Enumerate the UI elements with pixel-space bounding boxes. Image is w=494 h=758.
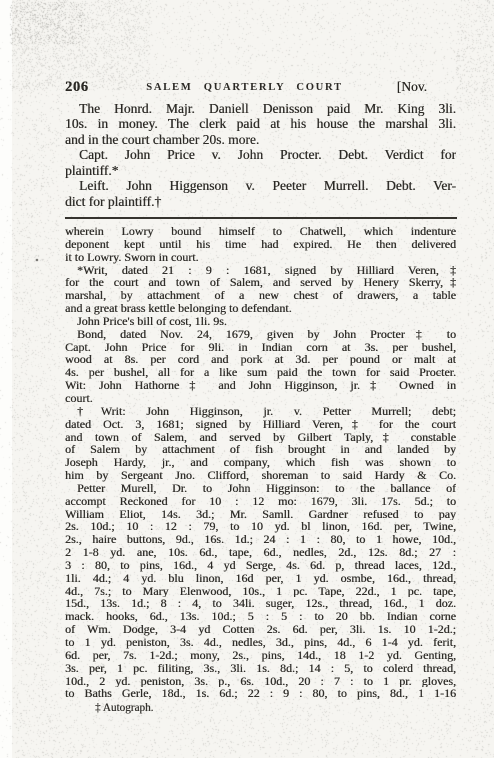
text-line: to Baths Gerle, 18d., 1s. 6d.; 22 : 9 : … [65, 687, 456, 700]
footnote-paragraph: Bond, dated Nov. 24, 1679, given by John… [65, 328, 456, 405]
text-line: of Wm. Dodge, 3-4 yd Cotten 2s. 6d. per,… [65, 623, 456, 636]
text-line: of Salem by attachment of fish brought i… [65, 443, 456, 456]
text-line: 1li. 4d.; 4 yd. blu linon, 16d per, 1 yd… [65, 572, 456, 585]
text-line: 6d. per, 7s. 1-2d.; mony, 2s., pins, 14d… [65, 649, 456, 662]
text-line: wherein Lowry bound himself to Chatwell,… [65, 225, 456, 238]
main-text-block: The Honrd. Majr. Daniell Denisson paid M… [65, 101, 456, 209]
text-line: for the court and town of Salem, and ser… [65, 276, 456, 289]
text-line: marshal, by attachment of a new chest of… [65, 289, 456, 302]
text-line: court. [65, 392, 456, 405]
text-line: The Honrd. Majr. Daniell Denisson paid M… [65, 101, 456, 116]
running-title: SALEM QUARTERLY COURT [146, 82, 343, 93]
text-line: Capt. John Price v. John Procter. Debt. … [65, 147, 456, 162]
text-line: and a great brass kettle belonging to de… [65, 302, 456, 315]
text-line: Joseph Hardy, jr., and company, which fi… [65, 456, 456, 469]
text-line: 2 1-8 yd. ane, 10s. 6d., tape, 6d., nedl… [65, 546, 456, 559]
text-line: Leift. John Higgenson v. Peeter Murrell.… [65, 178, 456, 193]
text-line: wood at 8s. per cord and pork at 3d. per… [65, 353, 456, 366]
footnote-paragraph: wherein Lowry bound himself to Chatwell,… [65, 225, 456, 264]
text-line: dict for plaintiff.† [65, 194, 456, 209]
footnote-text-block: wherein Lowry bound himself to Chatwell,… [65, 225, 456, 700]
text-line: and in the court chamber 20s. more. [65, 132, 456, 147]
text-line: Wit: John Hathorne‡ and John Higginson, … [65, 379, 456, 392]
text-line: Bond, dated Nov. 24, 1679, given by John… [65, 328, 456, 341]
text-line: him by Sergeant Jno. Clifford, shoreman … [65, 469, 456, 482]
autograph-note: ‡ Autograph. [95, 702, 153, 714]
body-paragraph: Capt. John Price v. John Procter. Debt. … [65, 147, 456, 178]
footnote-paragraph: John Price's bill of cost, 1li. 9s. [65, 315, 456, 328]
month-marker: [Nov. [397, 79, 427, 95]
footnote-separator-rule [65, 217, 457, 219]
text-line: John Price's bill of cost, 1li. 9s. [65, 315, 456, 328]
book-page-scan: 206 SALEM QUARTERLY COURT [Nov. The Honr… [0, 0, 494, 758]
text-line: 3 : 80, to pins, 16d., 4 yd Serge, 4s. 6… [65, 559, 456, 572]
text-line: to 1 yd. peniston, 3s. 4d., nedles, 3d.,… [65, 636, 456, 649]
text-line: 10d., 2 yd. peniston, 3s. p., 6s. 10d., … [65, 675, 456, 688]
text-line: 10s. in money. The clerk paid at his hou… [65, 116, 456, 131]
text-line: and town of Salem, and served by Gilbert… [65, 431, 456, 444]
text-line: Petter Murell, Dr. to John Higginson: to… [65, 482, 456, 495]
text-line: Capt. John Price for 9li. in Indian corn… [65, 341, 456, 354]
page-header: 206 SALEM QUARTERLY COURT [Nov. [65, 79, 456, 95]
text-line: 4d., 7s.; to Mary Elenwood, 10s., 1 pc. … [65, 585, 456, 598]
page-number: 206 [65, 79, 89, 96]
text-line: 4s. per bushel, all for a like sum paid … [65, 366, 456, 379]
text-line: 3s. per, 1 pc. filiting, 3s., 3li. 1s. 8… [65, 662, 456, 675]
text-line: 2s. 10d.; 10 : 12 : 79, to 10 yd. bl lin… [65, 520, 456, 533]
text-line: it to Lowry. Sworn in court. [65, 251, 456, 264]
body-paragraph: The Honrd. Majr. Daniell Denisson paid M… [65, 101, 456, 147]
text-line: mack. hooks, 6d., 13s. 10d.; 5 : 5 : to … [65, 610, 456, 623]
text-line: 15d., 13s. 1d.; 8 : 4, to 34li. suger, 1… [65, 597, 456, 610]
text-line: William Eliot, 14s. 3d.; Mr. Samll. Gard… [65, 508, 456, 521]
footnote-paragraph: Petter Murell, Dr. to John Higginson: to… [65, 482, 456, 700]
text-line: dated Oct. 3, 1681; signed by Hilliard V… [65, 418, 456, 431]
footnote-paragraph: †Writ: John Higginson, jr. v. Petter Mur… [65, 405, 456, 482]
text-line: deponent kept until his time had expired… [65, 238, 456, 251]
text-line: †Writ: John Higginson, jr. v. Petter Mur… [65, 405, 456, 418]
text-line: accompt Reckoned for 10 : 12 mo: 1679, 3… [65, 495, 456, 508]
footnote-paragraph: *Writ, dated 21 : 9 : 1681, signed by Hi… [65, 264, 456, 315]
text-line: *Writ, dated 21 : 9 : 1681, signed by Hi… [65, 264, 456, 277]
body-paragraph: Leift. John Higgenson v. Peeter Murrell.… [65, 178, 456, 209]
text-line: plaintiff.* [65, 163, 456, 178]
scan-edge-strip [0, 0, 12, 758]
text-line: 2s., haire buttons, 9d., 16s. 1d.; 24 : … [65, 533, 456, 546]
